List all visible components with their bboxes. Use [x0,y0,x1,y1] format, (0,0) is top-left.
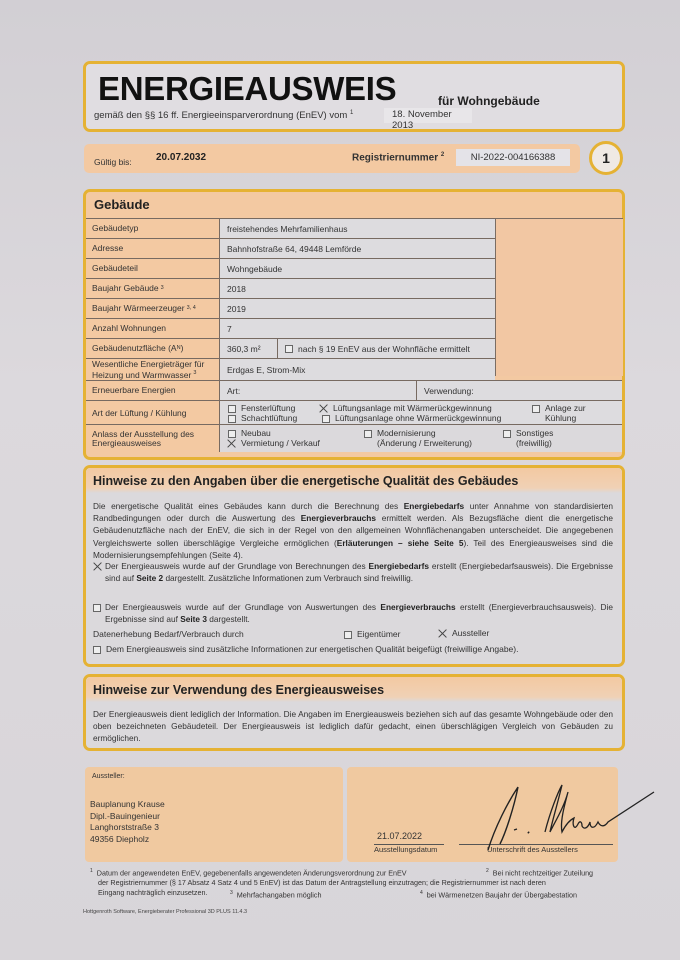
signature-icon [470,782,655,852]
row-value: 360,3 m² [219,339,277,358]
footnote-row: 1 Datum der angewendeten EnEV, gegebenen… [90,866,630,878]
quality-intro-text: Die energetische Qualität eines Gebäudes… [93,500,613,561]
page-number-badge: 1 [589,141,623,175]
area-method-option[interactable]: nach § 19 EnEV aus der Wohnfläche ermitt… [277,339,495,358]
row-label: Anlass der Ausstellung des Energieauswei… [86,425,219,452]
option-label: Lüftungsanlage ohne Wärmerückgewinnung [335,413,501,423]
registration-label-text: Registriernummer [352,152,438,163]
footnote-text: der Registriernummer (§ 17 Absatz 4 Satz… [90,878,630,888]
footnote-marker: 4 [420,890,423,896]
option-label: Kühlung [545,413,576,423]
option-shaft-ventilation[interactable]: Schachtlüftung [228,413,297,423]
valid-until-label: Gültig bis: [94,157,132,167]
quality-notes-section: Hinweise zu den Angaben über die energet… [83,465,625,667]
checkbox-icon[interactable] [344,631,352,639]
table-row: Erneuerbare Energien Art: Verwendung: [86,380,622,400]
registration-label: Registriernummer 2 [352,152,444,163]
option-label: Neubau [241,428,271,438]
renewable-use: Verwendung: [416,381,622,400]
table-row: Gebäudeteil Wohngebäude [86,258,495,278]
option-window-ventilation[interactable]: Fensterlüftung [228,403,295,413]
option-other[interactable]: Sonstiges(freiwillig) [503,428,553,448]
bold-text: Energiebedarfs [369,561,429,571]
footnote-marker: 3 [230,890,233,896]
row-label: Baujahr Wärmeerzeuger3, 4 [86,299,219,318]
row-value: Bahnhofstraße 64, 49448 Lemförde [219,239,495,258]
demand-certificate-option[interactable]: Der Energieausweis wurde auf der Grundla… [93,560,613,584]
row-label: Gebäudeteil [86,259,219,278]
checked-x-icon[interactable] [93,562,102,571]
table-row: Anzahl Wohnungen 7 [86,318,495,338]
text: Der Energieausweis wurde auf der Grundla… [105,602,380,612]
document-subtitle: für Wohngebäude [438,94,540,108]
bold-text: Seite 2 [136,573,163,583]
row-value: freistehendes Mehrfamilienhaus [219,219,495,238]
row-label-end: ) [181,344,184,353]
validity-bar: Gültig bis: 20.07.2032 Registriernummer … [84,144,580,173]
data-collection-label: Datenerhebung Bedarf/Verbrauch durch [93,629,244,639]
row-label: Gebäudetyp [86,219,219,238]
option-label: Lüftungsanlage mit Wärmerückgewinnung [333,403,492,413]
checkbox-icon[interactable] [228,430,236,438]
row-label-text: Gebäudenutzfläche (A [92,344,177,353]
option-rent-sale[interactable]: Vermietung / Verkauf [227,438,320,448]
option-label: Eigentümer [357,629,400,639]
checked-x-icon[interactable] [319,404,328,413]
additional-info-option[interactable]: Dem Energieausweis sind zusätzliche Info… [93,644,518,654]
bold-text: Energiebedarfs [404,501,464,511]
row-label: Wesentliche Energieträger für Heizung un… [86,359,219,381]
bold-text: Erläuterungen – siehe Seite 5 [337,538,464,548]
document-title: ENERGIEAUSWEIS [98,70,396,108]
row-label: Baujahr Gebäude3 [86,279,219,298]
footnote-marker: 1 [90,868,93,874]
checkbox-icon[interactable] [364,430,372,438]
table-row: Wesentliche Energieträger für Heizung un… [86,358,495,381]
checkbox-icon[interactable] [503,430,511,438]
renewable-type: Art: [219,381,416,400]
footnote-marker: 1 [350,110,353,116]
option-new-building[interactable]: Neubau [228,428,271,438]
footnote-text: Datum der angewendeten EnEV, gegebenenfa… [97,868,407,877]
footnotes: 1 Datum der angewendeten EnEV, gegebenen… [90,866,630,898]
bold-text: Energieverbrauchs [301,513,376,523]
checkbox-icon[interactable] [228,415,236,423]
checkbox-icon[interactable] [322,415,330,423]
software-credit: Hottgenroth Software, Energieberater Pro… [83,909,247,915]
checkbox-icon[interactable] [93,646,101,654]
issuer-line: 49356 Diepholz [90,834,165,846]
issuer-line: Dipl.-Bauingenieur [90,811,165,823]
footnote-marker: 2 [441,152,444,158]
certificate-page: ENERGIEAUSWEIS für Wohngebäude gemäß den… [0,0,680,960]
option-label: Aussteller [452,628,489,638]
consumption-certificate-option[interactable]: Der Energieausweis wurde auf der Grundla… [93,601,613,625]
valid-until-date: 20.07.2032 [156,152,206,163]
option-owner[interactable]: Eigentümer [344,629,400,639]
table-row: Baujahr Wärmeerzeuger3, 4 2019 [86,298,495,318]
usage-notes-section: Hinweise zur Verwendung des Energieauswe… [83,674,625,751]
footnote-row: Eingang nachträglich einzusetzen.3 Mehrf… [90,888,630,898]
law-text: gemäß den §§ 16 ff. Energieeinsparverord… [94,110,347,121]
option-label: Vermietung / Verkauf [241,438,320,448]
row-label: Art der Lüftung / Kühlung [86,401,219,425]
usage-notes-text: Der Energieausweis dient lediglich der I… [93,708,613,745]
row-value: 2019 [219,299,495,318]
row-label-text: Baujahr Wärmeerzeuger [92,304,185,313]
issuer-address: Bauplanung Krause Dipl.-Bauingenieur Lan… [90,799,165,845]
section-title: Gebäude [94,197,150,212]
section-title: Hinweise zur Verwendung des Energieauswe… [93,683,384,697]
section-title: Hinweise zu den Angaben über die energet… [93,474,518,488]
text: Die energetische Qualität eines Gebäudes… [93,501,404,511]
issuer-label: Aussteller: [92,773,125,780]
issuer-line: Bauplanung Krause [90,799,165,811]
checkbox-icon[interactable] [228,405,236,413]
bold-text: Energieverbrauchs [380,602,455,612]
footnote-marker: 3 [161,284,164,293]
row-label-text: Wesentliche Energieträger für Heizung un… [92,359,204,380]
building-section: Gebäude Gebäudetyp freistehendes Mehrfam… [83,189,625,460]
option-label: Fensterlüftung [241,403,295,413]
option-ventilation-without-recovery[interactable]: Lüftungsanlage ohne Wärmerückgewinnung [322,413,501,423]
option-label: (Änderung / Erweiterung) [377,438,472,448]
issuer-box: Aussteller: Bauplanung Krause Dipl.-Baui… [85,767,343,862]
issue-date-label: Ausstellungsdatum [374,845,437,854]
text: dargestellt. Zusätzliche Informationen z… [163,573,413,583]
issue-date: 21.07.2022 [377,831,422,841]
row-label: Gebäudenutzfläche (AN) [86,339,219,358]
row-value: 7 [219,319,495,338]
footnote-marker: 3 [193,370,196,376]
bold-text: Seite 3 [180,614,207,624]
row-label-text: Baujahr Gebäude [92,284,159,293]
table-row: Gebäudenutzfläche (AN) 360,3 m² nach § 1… [86,338,495,358]
option-ventilation-with-recovery[interactable]: Lüftungsanlage mit Wärmerückgewinnung [319,403,492,413]
table-row: Adresse Bahnhofstraße 64, 49448 Lemförde [86,238,495,258]
option-label: Schachtlüftung [241,413,297,423]
row-label: Erneuerbare Energien [86,381,219,400]
registration-number: NI-2022-004166388 [456,149,570,166]
row-value: Wohngebäude [219,259,495,278]
checked-x-icon[interactable] [227,439,236,448]
footnote-text: bei Wärmenetzen Baujahr der Übergabestat… [427,891,577,900]
footnote-marker: 3, 4 [187,304,196,313]
option-cooling[interactable]: Anlage zurKühlung [532,403,586,423]
checkbox-icon[interactable] [93,604,101,612]
option-label: Dem Energieausweis sind zusätzliche Info… [106,644,518,654]
table-row: Gebäudetyp freistehendes Mehrfamilienhau… [86,218,495,238]
checkbox-icon[interactable] [285,345,293,353]
footnote-text: Eingang nachträglich einzusetzen. [98,888,207,897]
option-label: Sonstiges [516,428,553,438]
certificate-header: ENERGIEAUSWEIS für Wohngebäude gemäß den… [83,61,625,132]
option-label: Anlage zur [545,403,586,413]
footnote-text: Mehrfachangaben möglich [237,891,322,900]
row-label: Adresse [86,239,219,258]
footnote-text: Bei nicht rechtzeitiger Zuteilung [493,868,593,877]
checkbox-icon[interactable] [532,405,540,413]
text: dargestellt. [207,614,250,624]
building-photo-placeholder [495,218,623,376]
law-date: 18. November 2013 [384,108,472,123]
option-modernization[interactable]: Modernisierung(Änderung / Erweiterung) [364,428,472,448]
option-issuer[interactable]: Aussteller [438,628,489,638]
table-row: Anlass der Ausstellung des Energieauswei… [86,424,622,452]
law-reference: gemäß den §§ 16 ff. Energieeinsparverord… [94,110,353,121]
row-value: Erdgas E, Strom-Mix [219,359,495,381]
option-label: Modernisierung [377,428,436,438]
option-label: nach § 19 EnEV aus der Wohnfläche ermitt… [298,344,470,354]
row-value: 2018 [219,279,495,298]
footnote-marker: 2 [486,868,489,874]
table-row: Art der Lüftung / Kühlung Fensterlüftung… [86,400,622,425]
checked-x-icon[interactable] [438,629,447,638]
text: Der Energieausweis wurde auf der Grundla… [105,561,369,571]
row-label: Anzahl Wohnungen [86,319,219,338]
table-row: Baujahr Gebäude3 2018 [86,278,495,298]
option-label: (freiwillig) [516,438,552,448]
issuer-line: Langhorststraße 3 [90,822,165,834]
